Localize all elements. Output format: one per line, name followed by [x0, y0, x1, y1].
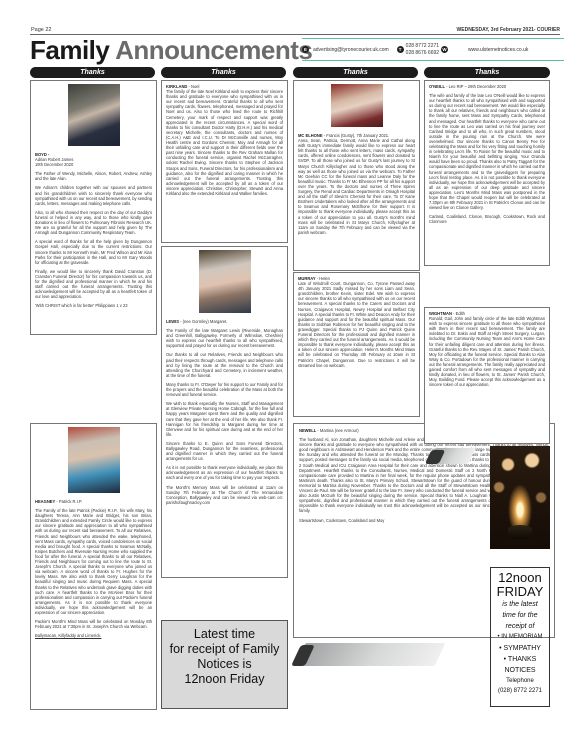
date-line: WEDNESDAY, 3rd February 2021- COURIER [457, 27, 560, 33]
notice-name: O'NEILL [429, 84, 445, 89]
notice-subtitle: - (nee Gormley) Margaret. [179, 319, 227, 324]
notice-subtitle: - Leo RIP – 29th December 2020 [445, 84, 506, 89]
boyd-photo [68, 84, 120, 146]
notice-paragraph: Also, to all who showed their respect on… [35, 210, 152, 235]
deadline-telephone-label: Telephone [492, 676, 548, 686]
latest-time-line-1: Latest time [164, 627, 285, 642]
notice-scripture: 'With CHRIST which is far better' Philip… [35, 303, 152, 308]
notice-locations: Ballymacan, Killyfaddy and Limerick. [35, 633, 152, 638]
latest-time-notice: Latest time for receipt of Family Notice… [161, 620, 288, 709]
notice-paragraph: Many thanks to Fr. O'Dwyer for his suppo… [166, 382, 283, 397]
deadline-day: FRIDAY [492, 585, 548, 599]
notice-boyd: BOYD - Adrian Robert James 19th December… [30, 80, 157, 335]
notice-paragraph: Our thanks to all our Relatives, Friends… [166, 352, 283, 377]
page-number: Page 22 [31, 27, 52, 33]
notice-paragraph: Late of Windmill Court, Dungannon, Co. T… [298, 281, 415, 368]
mcelhone-photo [331, 84, 383, 127]
notice-paragraph: Sincere thanks to E. Quinn and Sons Fune… [166, 441, 283, 461]
latest-time-line-3: Notices is [164, 657, 285, 672]
deadline-text-2: time for the [492, 610, 548, 621]
candle-body [508, 525, 532, 539]
section-bar-thanks-2: Thanks [161, 67, 286, 78]
notice-paragraph: We wish to thank especially the Nurses, … [166, 401, 283, 437]
notice-locations: Carland, Coalisland, Clonoe, Brocagh, Co… [429, 214, 545, 224]
notice-oneill: O'NEILL - Leo RIP – 29th December 2020 T… [424, 80, 550, 266]
title-word-announcements: Announcements [115, 35, 312, 65]
web-icon: W [441, 46, 448, 53]
deadline-item-thanks: • THANKS [492, 654, 548, 665]
notice-paragraph: Packie's Month's Mind Mass will be celeb… [35, 619, 152, 629]
deadline-telephone[interactable]: (028) 8772 2271 [492, 686, 548, 696]
deadline-text-3: receipt of [492, 621, 548, 632]
latest-time-line-4: 12noon Friday [164, 672, 285, 687]
heagney-photo [68, 427, 120, 493]
phone-icon: T [397, 46, 404, 53]
notice-paragraph: Ronald, Gail, John and family circle of … [429, 316, 545, 387]
deadline-text-1: is the latest [492, 599, 548, 610]
notice-paragraph: As it is not possible to thank everyone … [166, 465, 283, 480]
notice-name: NEWELL [299, 428, 316, 433]
notice-murray: MURRAY - Helen Late of Windmill Court, D… [293, 272, 420, 417]
deadline-notice: 12noon FRIDAY is the latest time for the… [490, 567, 550, 707]
deadline-item-notices: NOTICES [492, 665, 548, 676]
contact-strip: E advertising@tyronecourier.uk.com T 028… [302, 38, 564, 61]
bible-cross-icon [300, 643, 440, 666]
deadline-item-sympathy: • SYMPATHY [492, 643, 548, 654]
section-bar-thanks-3: Thanks [293, 67, 418, 78]
page-title: Family Announcements [30, 36, 312, 64]
email-icon: E [302, 46, 309, 53]
notice-paragraph: The Family of the late Patrick (Packie) … [35, 508, 152, 615]
deadline-item-in-memoriam: • IN MEMORIAM [492, 632, 548, 643]
notice-subtitle: - Patrick R.I.P. [55, 499, 82, 504]
candle-photo [490, 446, 550, 549]
notice-heagney: HEAGNEY - Patrick R.I.P. The Family of t… [30, 423, 157, 710]
notice-mcelhone: MC ELHONE - Francis (Gusty), 7th January… [293, 80, 420, 271]
contact-website[interactable]: www.ulsternetnotices.co.uk [468, 47, 528, 53]
notice-subtitle: - Martina (nee Armour) [316, 428, 358, 433]
deadline-time: 12noon [492, 571, 548, 585]
section-bar-thanks-4: Thanks [424, 67, 550, 78]
notice-kirkland: KIRKLAND - Noel The family of the late N… [161, 80, 288, 243]
notice-paragraph: Finally, we would like to sincerely than… [35, 269, 152, 300]
notice-date: 19th December 2020 [35, 162, 152, 167]
notice-name: HEAGNEY [35, 499, 55, 504]
notice-paragraph: The family of the late Noel Kirkland wis… [166, 89, 283, 196]
notice-lewis: LEWIS - (nee Gormley) Margaret. The Fami… [161, 246, 288, 578]
contact-phone-1[interactable]: 028 8772 2271 [406, 43, 439, 50]
latest-time-line-2: for receipt of Family [164, 642, 285, 657]
notice-paragraph: We Adrian's children together with our s… [35, 185, 152, 205]
notice-paragraph: A special word of thanks for all the hel… [35, 239, 152, 264]
bible-cross-icon-top [432, 448, 472, 464]
notice-paragraph: The wife and family of the late Leo O'Ne… [429, 93, 545, 210]
notice-paragraph: The Month's Memory Mass will be celebrat… [166, 485, 283, 505]
lewis-photo [199, 250, 251, 313]
section-bar-thanks-1: Thanks [30, 67, 155, 78]
contact-email[interactable]: advertising@tyronecourier.uk.com [313, 47, 389, 53]
title-word-family: Family [30, 35, 109, 65]
contact-phone-2[interactable]: 028 8676 6692 [406, 50, 439, 57]
notice-paragraph: Anna, Sean, Patricia, Dermott, Anna Mari… [298, 138, 415, 235]
notice-paragraph: The Father of Wendy, Michelle, Alison, R… [35, 171, 152, 181]
notice-paragraph: The Family of the late Margaret Lewis (R… [166, 328, 283, 348]
notice-wightman: WIGHTMAN - Edith Ronald, Gail, John and … [424, 307, 550, 444]
notice-name: LEWIS [166, 319, 179, 324]
contact-phones: 028 8772 2271 028 8676 6692 [406, 43, 439, 57]
